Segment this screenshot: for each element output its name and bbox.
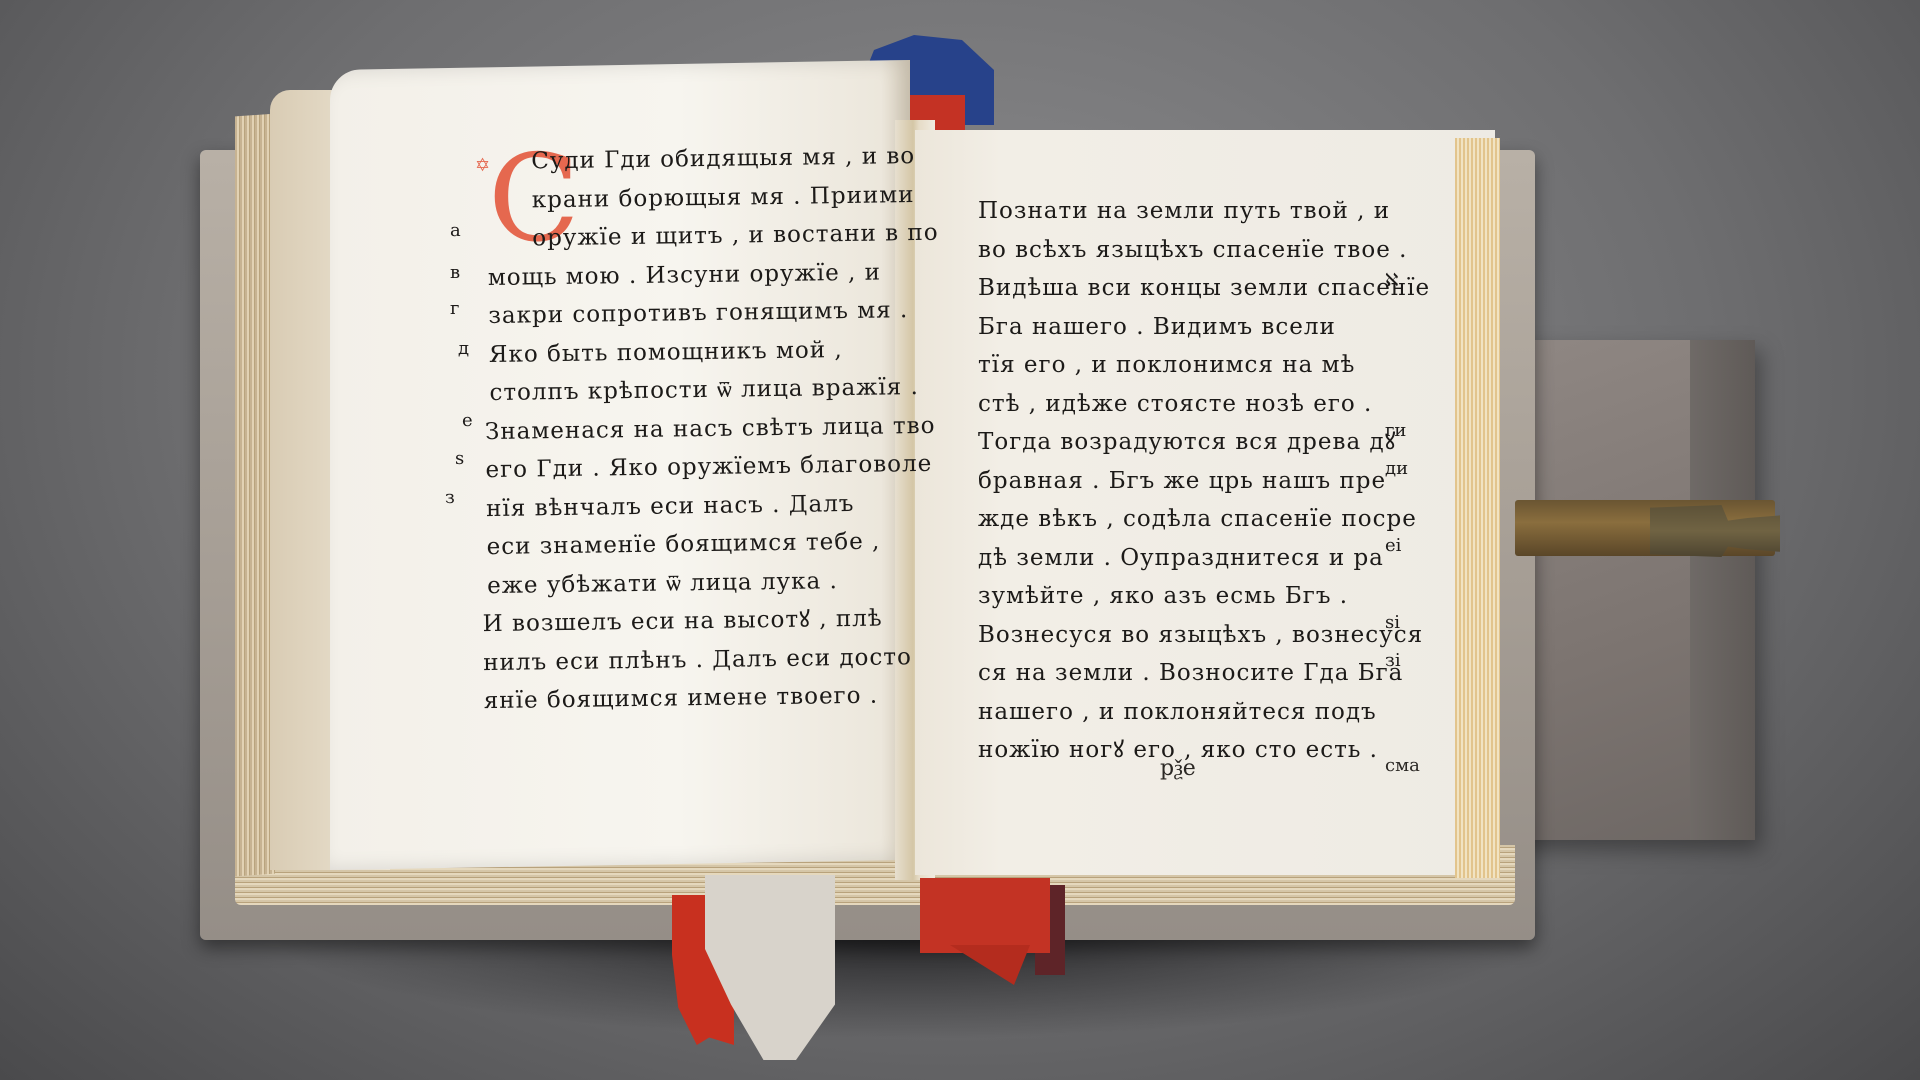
margin-mark: ℵ	[1385, 270, 1398, 291]
text-line: Знаменася на насъ свѣтъ лица тво	[470, 406, 942, 451]
text-line: Бга нашего . Видимъ всели	[978, 308, 1430, 347]
text-line: дѣ земли . Оупразднитеся и ра	[978, 539, 1430, 578]
margin-mark: а	[450, 220, 461, 241]
text-line: Вознесуся во языцѣхъ , вознесуся	[978, 616, 1430, 655]
fore-edge-right	[1455, 138, 1500, 878]
text-line: еси знаменїе боящимся тебе ,	[471, 522, 943, 567]
margin-mark: ѕ	[455, 448, 464, 469]
margin-mark: еі	[1385, 535, 1401, 556]
text-line: стѣ , идѣже стоясте нозѣ его .	[978, 385, 1430, 424]
text-line: еже убѣжати ѿ лица лука .	[472, 560, 944, 605]
display-stand-side	[1690, 340, 1755, 840]
text-line: Познати на земли путь твой , и	[978, 192, 1430, 231]
text-line: жде вѣкъ , содѣла спасенїе посре	[978, 500, 1430, 539]
text-line: тїя его , и поклонимся на мѣ	[978, 346, 1430, 385]
margin-mark: ди	[1385, 458, 1408, 479]
folio-number: рѯе	[1160, 755, 1196, 781]
text-line: И возшелъ еси на высотꙋ , плѣ	[472, 599, 944, 644]
margin-mark: е	[462, 410, 473, 431]
text-line: ножїю ногꙋ его , яко сто есть .	[978, 731, 1430, 770]
bookmark-tab-red	[920, 878, 1050, 953]
text-line: крани борющыя мя . Приими	[467, 175, 939, 220]
text-line: нашего , и поклоняйтеся подъ	[978, 693, 1430, 732]
left-page-text: Суди Гди обидящыя мя , и во крани борющы…	[466, 137, 945, 721]
text-line: закри сопротивъ гонящимъ мя .	[468, 291, 940, 336]
text-line: зумѣйте , яко азъ есмь Бгъ .	[978, 577, 1430, 616]
margin-mark: г	[450, 298, 459, 319]
margin-mark: в	[450, 262, 460, 283]
margin-mark: ✡	[475, 155, 490, 176]
margin-mark: ги	[1385, 420, 1406, 441]
margin-mark: з	[445, 487, 455, 508]
text-line: нїя вѣнчалъ еси насъ . Далъ	[471, 483, 943, 528]
catchword: сма	[1385, 755, 1420, 776]
text-line: во всѣхъ языцѣхъ спасенїе твое .	[978, 231, 1430, 270]
text-line: Тогда возрадуются вся древа дꙋ	[978, 423, 1430, 462]
margin-mark: зі	[1385, 650, 1401, 671]
text-line: Яко быть помощникъ мой ,	[469, 329, 941, 374]
right-page-text: Познати на земли путь твой , и во всѣхъ …	[978, 192, 1430, 770]
text-line: бравная . Бгъ же црь нашъ пре	[978, 462, 1430, 501]
text-line: янїе боящимся имене твоего .	[474, 676, 946, 721]
margin-mark: ѕі	[1385, 612, 1400, 633]
margin-mark: д	[458, 338, 469, 359]
text-line: нилъ еси плѣнъ . Далъ еси досто	[473, 637, 945, 682]
text-line: его Гди . Яко оружїемъ благоволе	[470, 445, 942, 490]
text-line: Видѣша вси концы земли спасенїе	[978, 269, 1430, 308]
text-line: мощь мою . Изсуни оружїе , и	[468, 252, 940, 297]
text-line: Суди Гди обидящыя мя , и во	[466, 137, 938, 182]
text-line: столпъ крѣпости ѿ лица вражїя .	[469, 368, 941, 413]
fore-edge-left	[235, 114, 275, 877]
text-line: оружїе и щитъ , и востани в по	[467, 214, 939, 259]
text-line: ся на земли . Возносите Гда Бга	[978, 654, 1430, 693]
